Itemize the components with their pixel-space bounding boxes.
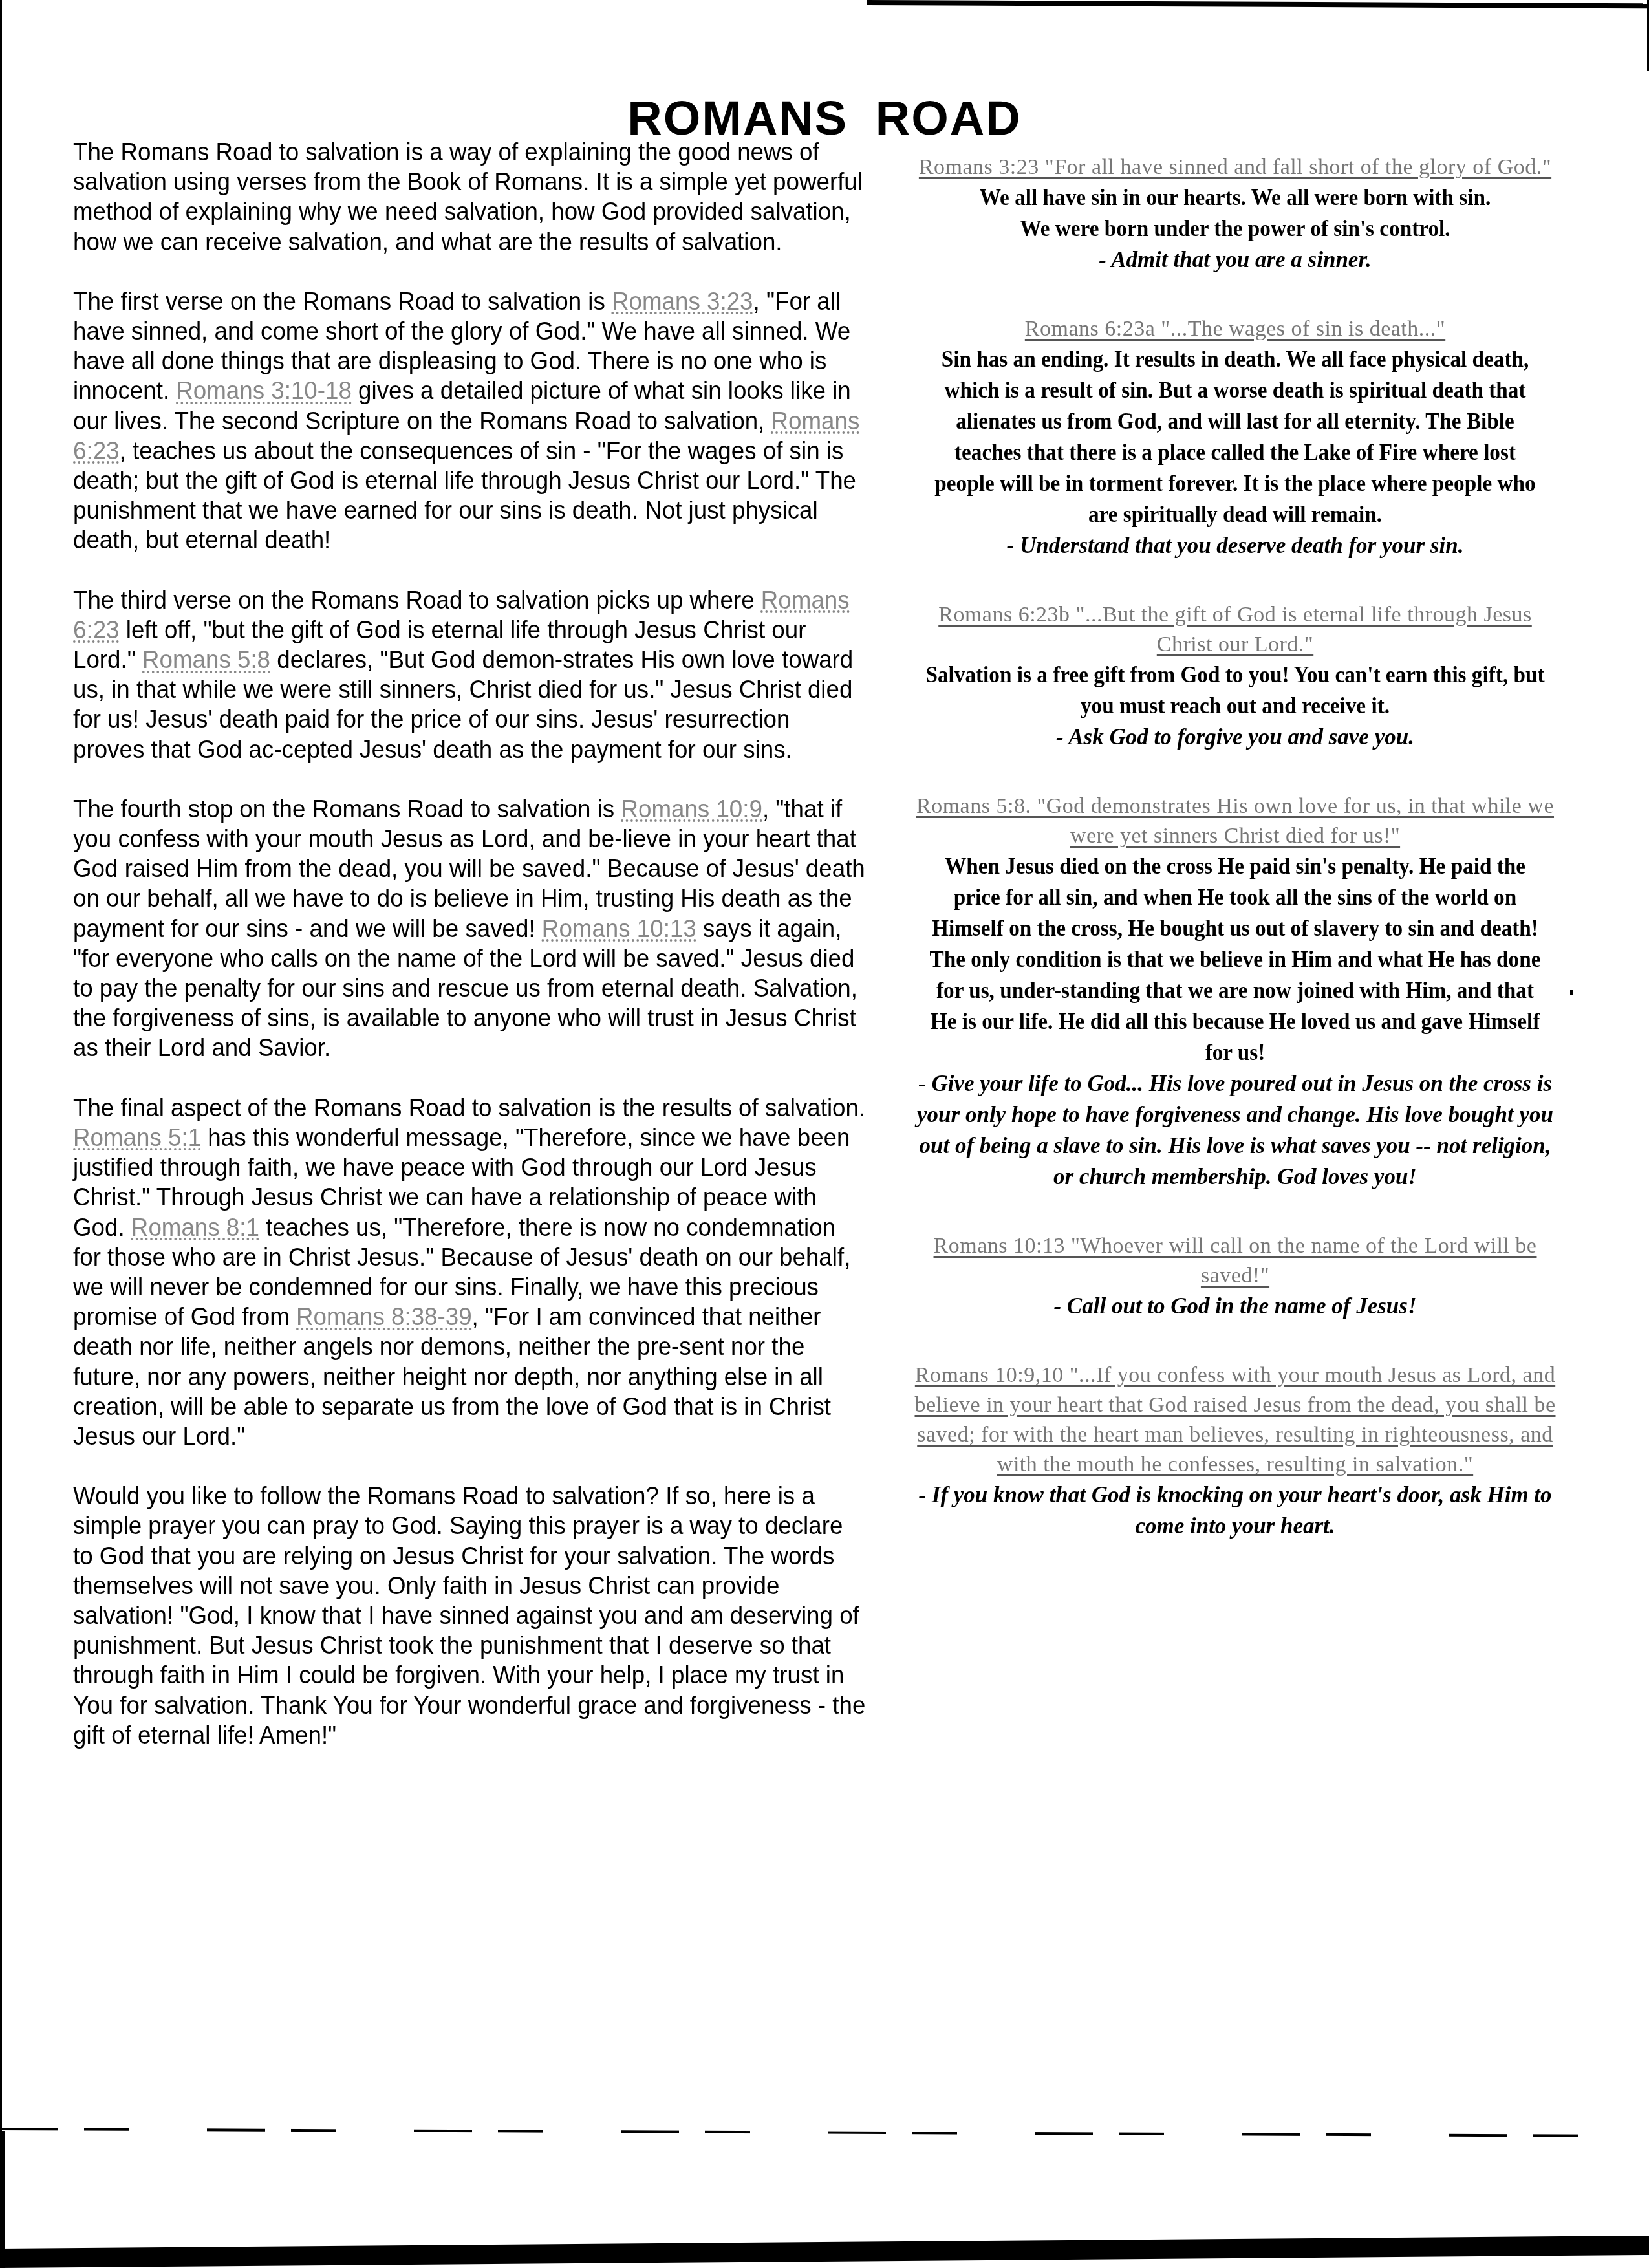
scan-edge-bottom [0,2236,1649,2268]
dashed-cut-line [0,2128,1649,2137]
paragraph-text: The fourth stop on the Romans Road to sa… [73,795,621,823]
action-step: - Give your life to God... His love pour… [909,1068,1562,1193]
action-step: - Understand that you deserve death for … [909,530,1562,561]
scan-edge-left [0,0,2,2268]
verse-explanation: When Jesus died on the cross He paid sin… [925,851,1546,1068]
verse-section: Romans 10:9,10 "...If you confess with y… [909,1361,1562,1542]
verse-heading: Romans 6:23a "...The wages of sin is dea… [909,314,1562,344]
scripture-reference-link[interactable]: Romans 10:13 [542,914,696,943]
scan-edge-bottom-left [0,2131,5,2268]
verse-explanation: Salvation is a free gift from God to you… [925,660,1546,722]
scan-speck [1570,990,1573,995]
action-step: - Call out to God in the name of Jesus! [909,1291,1562,1322]
action-step: - If you know that God is knocking on yo… [909,1480,1562,1542]
paragraph-text: The final aspect of the Romans Road to s… [73,1094,865,1122]
body-paragraph: The Romans Road to salvation is a way of… [73,137,867,257]
verse-heading: Romans 3:23 "For all have sinned and fal… [909,153,1562,182]
scripture-reference-link[interactable]: Romans 3:10-18 [176,376,352,405]
verse-section: Romans 10:13 "Whoever will call on the n… [909,1231,1562,1322]
scripture-reference-link[interactable]: Romans 5:1 [73,1123,201,1152]
scan-edge-top [867,0,1649,8]
verse-section: Romans 6:23a "...The wages of sin is dea… [909,314,1562,561]
scripture-reference-link[interactable]: Romans 8:38-39 [296,1302,472,1331]
paragraph-text: The Romans Road to salvation is a way of… [73,138,863,256]
body-paragraph: Would you like to follow the Romans Road… [73,1481,867,1750]
verse-explanation: Sin has an ending. It results in death. … [925,344,1546,530]
verse-heading: Romans 10:13 "Whoever will call on the n… [909,1231,1562,1291]
left-column-explanation: The Romans Road to salvation is a way of… [73,137,813,1780]
paragraph-text: Would you like to follow the Romans Road… [73,1482,865,1749]
verse-heading: Romans 5:8. "God demonstrates His own lo… [909,792,1562,851]
action-step: - Admit that you are a sinner. [909,244,1562,275]
body-paragraph: The fourth stop on the Romans Road to sa… [73,794,867,1063]
scripture-reference-link[interactable]: Romans 5:8 [142,645,270,674]
action-step: - Ask God to forgive you and save you. [909,722,1562,753]
verse-explanation: We all have sin in our hearts. We all we… [925,182,1546,213]
verse-heading: Romans 10:9,10 "...If you confess with y… [909,1361,1562,1480]
verse-section: Romans 5:8. "God demonstrates His own lo… [909,792,1562,1193]
scripture-reference-link[interactable]: Romans 10:9 [621,795,762,823]
paragraph-text: , teaches us about the consequences of s… [73,437,856,555]
verse-section: Romans 3:23 "For all have sinned and fal… [909,153,1562,275]
verse-explanation: We were born under the power of sin's co… [925,213,1546,244]
paragraph-text: The third verse on the Romans Road to sa… [73,586,761,614]
scripture-reference-link[interactable]: Romans 3:23 [612,287,753,316]
body-paragraph: The third verse on the Romans Road to sa… [73,585,867,764]
body-paragraph: The final aspect of the Romans Road to s… [73,1093,867,1451]
scripture-reference-link[interactable]: Romans 8:1 [131,1213,259,1242]
verse-section: Romans 6:23b "...But the gift of God is … [909,600,1562,753]
paragraph-text: The first verse on the Romans Road to sa… [73,287,612,316]
right-column-verse-summary: Romans 3:23 "For all have sinned and fal… [909,153,1562,1581]
verse-heading: Romans 6:23b "...But the gift of God is … [909,600,1562,660]
body-paragraph: The first verse on the Romans Road to sa… [73,286,867,556]
